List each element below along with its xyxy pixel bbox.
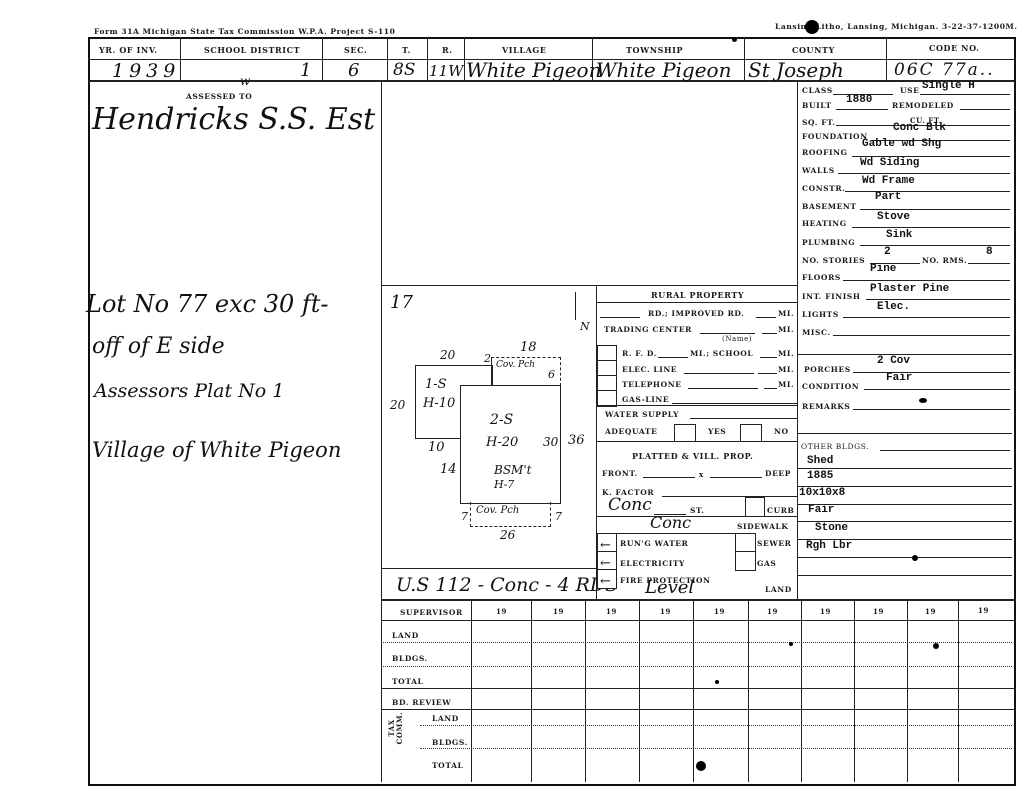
blank-line [672, 403, 797, 404]
valuation-divider [381, 709, 1014, 710]
road-note-divider [381, 568, 596, 569]
running-water-label: RUN'G WATER [620, 539, 688, 548]
porches-label: PORCHES [804, 365, 851, 374]
constr-value: Wd Frame [862, 175, 915, 187]
valuation-col [854, 599, 855, 782]
description-line-3: Assessors Plat No 1 [94, 380, 284, 402]
sketch-label: Cov. Pch [496, 360, 535, 370]
porches-value: 2 Cov [877, 355, 910, 367]
sq-ft-label: SQ. FT. [802, 118, 836, 127]
blank-line [880, 450, 1010, 451]
blank-line [658, 357, 688, 358]
rule-line [797, 557, 1012, 558]
blank-line [853, 372, 1010, 373]
blank-line [866, 299, 1010, 300]
col-divider [387, 37, 388, 80]
ink-dot [732, 37, 737, 42]
valuation-left [381, 599, 382, 782]
heating-label: HEATING [802, 219, 847, 228]
supervisor-bldgs-label: BLDGS. [392, 654, 428, 663]
ink-dot [715, 680, 719, 684]
description-line-1: Lot No 77 exc 30 ft- [86, 290, 329, 318]
rule-line [797, 468, 1012, 469]
plumbing-label: PLUMBING [802, 238, 855, 247]
built-label: BUILT [802, 101, 832, 110]
other-bldg-condition: Fair [808, 504, 834, 516]
no-rms-label: NO. RMS. [922, 256, 967, 265]
ink-blot [919, 398, 927, 403]
road-note: U.S 112 - Conc - 4 RDS [396, 574, 618, 596]
no-stories-value: 2 [884, 246, 891, 258]
heating-value: Stove [877, 211, 910, 223]
other-bldg-year: 1885 [807, 470, 833, 482]
use-label: USE [900, 86, 919, 95]
ink-dot [933, 643, 939, 649]
adequate-no-checkbox[interactable] [740, 424, 762, 442]
check-mark-icon: ← [600, 574, 611, 589]
lights-value: Elec. [877, 301, 910, 313]
year-col-2: 19 [553, 607, 564, 616]
blank-line [690, 418, 797, 419]
dim-label: 10 [428, 440, 445, 455]
blank-line [700, 333, 755, 334]
blank-line [600, 317, 640, 318]
land-value: Level [645, 577, 694, 598]
blank-line [833, 335, 1010, 336]
other-bldg-size: 10x10x8 [799, 487, 845, 499]
check-mark-icon: ← [600, 538, 611, 553]
col-divider [322, 37, 323, 80]
blank-line [758, 373, 777, 374]
x-label: x [699, 470, 704, 479]
dim-label: 14 [440, 462, 457, 477]
foundation-value: Conc Blk [893, 122, 946, 134]
supervisor-label: SUPERVISOR [400, 608, 463, 617]
gas-label: GAS [757, 559, 776, 568]
sketch-label: 2-S [490, 412, 513, 428]
valuation-top [381, 599, 1014, 601]
front-label: FRONT. [602, 469, 638, 478]
rule-line [797, 575, 1012, 576]
sketch-label: H-10 [423, 396, 455, 411]
blank-line [845, 191, 1010, 192]
other-bldg-foundation: Stone [815, 522, 848, 534]
built-value: 1880 [846, 94, 872, 106]
valuation-col [471, 599, 472, 782]
t-value: 8S [393, 60, 415, 80]
blank-line [838, 173, 1010, 174]
description-line-4: Village of White Pigeon [92, 438, 341, 462]
adequate-yes-checkbox[interactable] [674, 424, 696, 442]
assessed-to-name: Hendricks S.S. Est [92, 102, 375, 137]
valuation-col [531, 599, 532, 782]
valuation-col [958, 599, 959, 782]
col-divider [886, 37, 887, 80]
no-stories-label: NO. STORIES [802, 256, 865, 265]
year-col-6: 19 [767, 607, 778, 616]
valuation-header-bottom [381, 620, 1014, 621]
roofing-value: Gable wd Shg [862, 138, 941, 150]
mi-label: MI. [778, 365, 794, 374]
tax-comm-label: TAX COMM. [388, 708, 404, 748]
header-school-district: SCHOOL DISTRICT [204, 45, 300, 55]
rural-title: RURAL PROPERTY [651, 290, 744, 300]
other-bldgs-label: OTHER BLDGS. [801, 442, 869, 451]
adequate-label: ADEQUATE [605, 427, 657, 436]
sidewalk-label: SIDEWALK [737, 522, 789, 531]
year-col-3: 19 [606, 607, 617, 616]
header-code-no: CODE NO. [929, 43, 980, 53]
int-finish-label: INT. FINISH [802, 292, 861, 301]
dim-label: 7 [555, 510, 562, 523]
blank-line [684, 373, 754, 374]
blank-line [852, 227, 1010, 228]
ink-dot [789, 642, 793, 646]
ink-dot [912, 555, 918, 561]
basement-value: Part [875, 191, 901, 203]
mi-label: MI. [778, 349, 794, 358]
north-label: N [580, 320, 590, 333]
dim-label: 20 [440, 348, 455, 362]
class-label: CLASS [802, 86, 833, 95]
int-finish-value: Plaster Pine [870, 283, 949, 295]
rural-title-divider [596, 302, 797, 303]
school-district-value: 1 [300, 60, 311, 81]
remarks-label: REMARKS [802, 402, 850, 411]
sewer-checkbox[interactable] [735, 533, 756, 553]
dotted-line [420, 748, 1012, 749]
tax-comm-total-label: TOTAL [432, 761, 463, 770]
rural-bottom [596, 441, 797, 442]
sketch-label: BSM't [494, 463, 531, 477]
blank-line [960, 109, 1010, 110]
curb-label: CURB [767, 506, 794, 515]
assessed-to-label: ASSESSED TO [186, 92, 252, 101]
basement-label: BASEMENT [802, 202, 857, 211]
blank-line [756, 317, 776, 318]
year-col-5: 19 [714, 607, 725, 616]
ink-blot [805, 20, 819, 34]
dim-label: 2 [484, 352, 491, 365]
lights-label: LIGHTS [802, 310, 839, 319]
roofing-label: ROOFING [802, 148, 848, 157]
dim-label: 26 [500, 528, 515, 542]
supervisor-total-label: TOTAL [392, 677, 423, 686]
form-header-left: Form 31A Michigan State Tax Commission W… [94, 27, 395, 36]
lot-number: 17 [390, 292, 413, 313]
school-district-note: w [240, 74, 250, 88]
gas-line-label: GAS-LINE [622, 395, 669, 404]
blank-line [843, 280, 1010, 281]
sec-value: 6 [348, 60, 359, 81]
land-label: LAND [765, 585, 792, 594]
valuation-col [801, 599, 802, 782]
year-col-10: 19 [978, 606, 989, 615]
tax-comm-land-label: LAND [432, 714, 459, 723]
code-no-value: 06C 77a.. [894, 60, 995, 80]
header-r: R. [442, 45, 453, 55]
supervisor-land-label: LAND [392, 631, 419, 640]
electricity-label: ELECTRICITY [620, 559, 685, 568]
blank-line [920, 94, 1010, 95]
tax-comm-bldgs-label: BLDGS. [432, 738, 468, 747]
ink-blot [696, 761, 706, 771]
right-col-divider [797, 80, 798, 600]
platted-divider [596, 516, 797, 517]
dim-label: 30 [543, 435, 558, 449]
dim-label: 36 [568, 433, 585, 448]
dim-label: 7 [461, 510, 468, 523]
valuation-divider [381, 688, 1014, 689]
header-sec: SEC. [344, 45, 367, 55]
sketch-label: H-20 [486, 435, 518, 450]
blank-line [762, 333, 777, 334]
year-col-7: 19 [820, 607, 831, 616]
header-township: TOWNSHIP [626, 45, 683, 55]
rfd-label: R. F. D. [622, 349, 657, 358]
blank-line [688, 388, 758, 389]
blank-line [760, 357, 777, 358]
dim-label: 6 [548, 368, 555, 381]
description-line-2: off of E side [92, 334, 225, 359]
township-value: White Pigeon [596, 58, 731, 82]
street-label: ST. [690, 506, 704, 515]
year-col-9: 19 [925, 607, 936, 616]
remodeled-label: REMODELED [892, 101, 954, 110]
sidewalk-value: Conc [650, 513, 691, 532]
valuation-col [585, 599, 586, 782]
blank-line [710, 477, 762, 478]
condition-value: Fair [886, 372, 912, 384]
year-col-1: 19 [496, 607, 507, 616]
year-col-4: 19 [660, 607, 671, 616]
mi-label: MI. [778, 380, 794, 389]
deep-label: DEEP [765, 469, 791, 478]
dotted-line [420, 725, 1012, 726]
valuation-col [748, 599, 749, 782]
north-arrow [575, 292, 576, 320]
sketch-label: Cov. Pch [476, 505, 519, 516]
blank-line [860, 209, 1010, 210]
blank-line [843, 317, 1010, 318]
dotted-line [383, 666, 1012, 667]
left-col-divider [381, 80, 382, 600]
water-supply-label: WATER SUPPLY [605, 410, 679, 419]
valuation-col [693, 599, 694, 782]
walls-value: Wd Siding [860, 157, 919, 169]
blank-line [836, 109, 888, 110]
blank-line [662, 496, 797, 497]
platted-divider [596, 533, 736, 534]
mi-label: MI. [778, 309, 794, 318]
sketch-top [381, 285, 797, 286]
blank-line [968, 263, 1010, 264]
valuation-col [907, 599, 908, 782]
use-value: Single H [922, 80, 975, 92]
walls-label: WALLS [802, 166, 835, 175]
floors-value: Pine [870, 263, 896, 275]
blank-line [643, 477, 695, 478]
condition-label: CONDITION [802, 382, 859, 391]
r-value: 11W [429, 62, 464, 80]
other-bldg-material: Rgh Lbr [806, 540, 852, 552]
blank-line [853, 409, 1010, 410]
foundation-label: FOUNDATION [802, 132, 868, 141]
elec-line-label: ELEC. LINE [622, 365, 677, 374]
valuation-col [639, 599, 640, 782]
blank-line [864, 389, 1010, 390]
yes-label: YES [708, 427, 726, 436]
sketch-label: H-7 [494, 478, 514, 491]
year-col-8: 19 [873, 607, 884, 616]
header-county: COUNTY [792, 45, 835, 55]
blank-line [764, 388, 777, 389]
gas-checkbox[interactable] [735, 551, 756, 571]
village-value: White Pigeon [466, 58, 601, 82]
dim-label: 20 [390, 398, 405, 412]
trading-center-label: TRADING CENTER [604, 325, 692, 334]
platted-title: PLATTED & VILL. PROP. [632, 451, 753, 461]
county-value: St Joseph [748, 58, 844, 82]
no-rms-value: 8 [986, 246, 993, 258]
header-village: VILLAGE [502, 45, 547, 55]
right-divider [797, 433, 1012, 434]
floors-label: FLOORS [802, 273, 841, 282]
street-value: Conc [608, 495, 652, 515]
year-value: 1939 [112, 60, 180, 82]
rural-rd-label: RD.; IMPROVED RD. [648, 309, 744, 318]
header-yr-of-inv: YR. OF INV. [99, 45, 158, 55]
school-label: MI.; SCHOOL [690, 349, 753, 358]
constr-label: CONSTR. [802, 184, 845, 193]
header-t: T. [402, 45, 411, 55]
rural-divider [596, 405, 797, 406]
misc-label: MISC. [802, 328, 831, 337]
telephone-label: TELEPHONE [622, 380, 682, 389]
col-divider [464, 37, 465, 80]
mi-label: MI. [778, 325, 794, 334]
sewer-label: SEWER [757, 539, 792, 548]
name-hint: (Name) [722, 335, 752, 343]
no-label: NO [774, 427, 789, 436]
bd-review-label: BD. REVIEW [392, 698, 451, 707]
dim-label: 18 [520, 340, 537, 355]
check-mark-icon: ← [600, 556, 611, 571]
curb-checkbox[interactable] [745, 497, 765, 517]
plumbing-value: Sink [886, 229, 912, 241]
dotted-line [383, 642, 1012, 643]
other-bldg-type: Shed [807, 455, 833, 467]
sketch-label: 1-S [425, 377, 447, 392]
col-divider [744, 37, 745, 80]
col-divider [427, 37, 428, 80]
